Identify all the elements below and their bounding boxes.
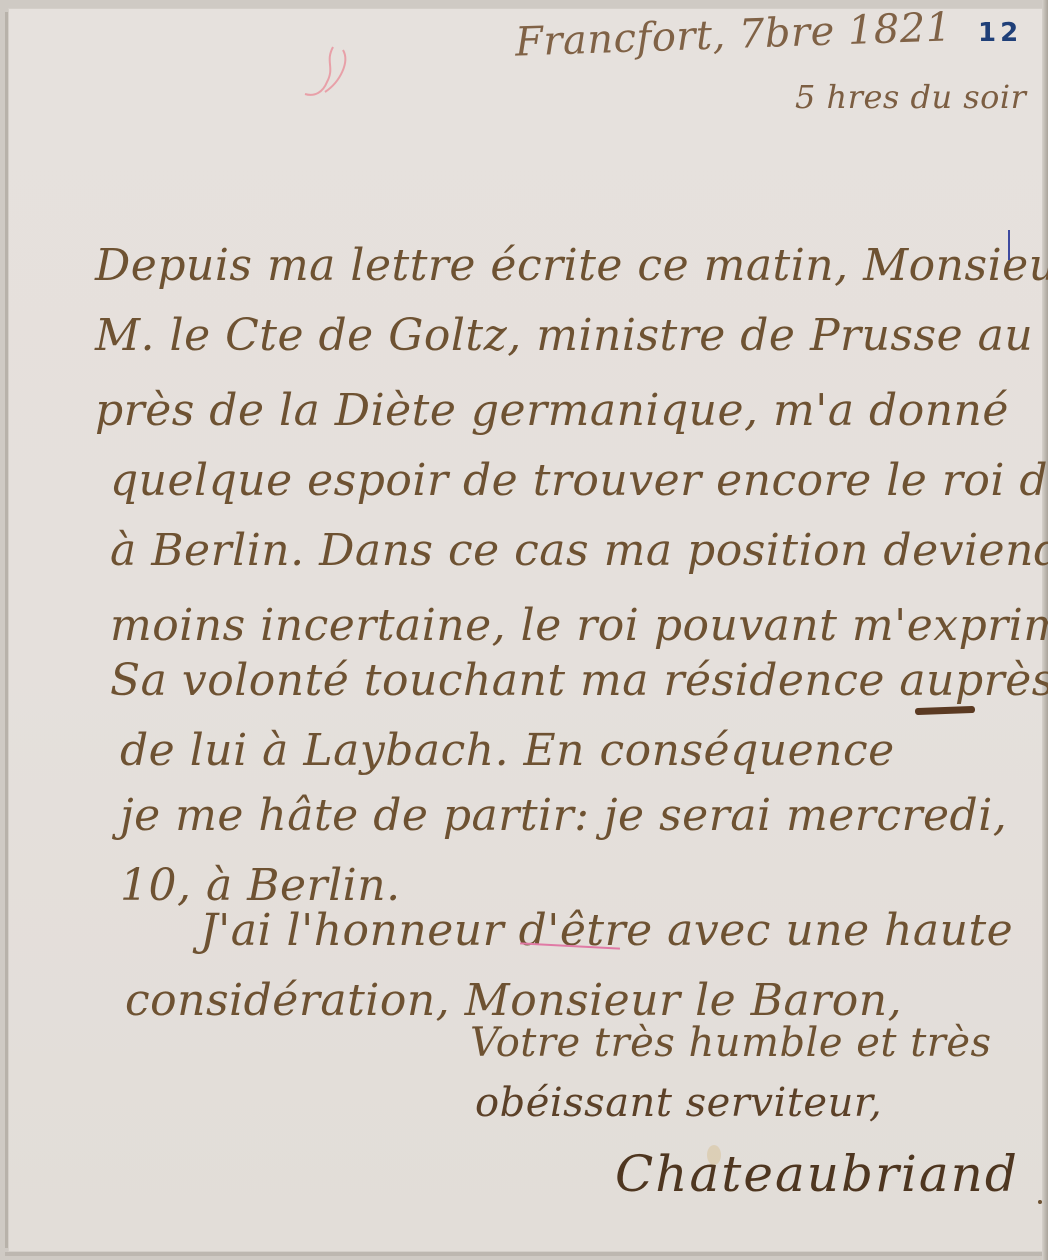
signature: Chateaubriand (615, 1145, 1019, 1203)
body-line-8: de lui à Laybach. En conséquence (120, 725, 895, 776)
body-line-7: Sa volonté touchant ma résidence auprès (110, 655, 1048, 706)
body-line-12: considération, Monsieur le Baron, (125, 975, 902, 1026)
sheet-bottom-edge (5, 1252, 1045, 1256)
body-line-4: quelque espoir de trouver encore le roi … (110, 455, 1048, 506)
folio-number: 12 (978, 18, 1022, 48)
header-time: 5 hres du soir (795, 78, 1026, 116)
body-line-6: moins incertaine, le roi pouvant m'expri… (110, 600, 1048, 651)
body-line-3: près de la Diète germanique, m'a donné (95, 385, 1009, 436)
closing-line-1: Votre très humble et très (470, 1020, 992, 1066)
body-line-10: 10, à Berlin. (120, 860, 401, 911)
body-line-9: je me hâte de partir: je serai mercredi, (120, 790, 1007, 841)
blue-ink-tick (1008, 230, 1010, 260)
red-pencil-mark (295, 42, 365, 102)
sheet-left-edge (5, 12, 8, 1248)
body-line-5: à Berlin. Dans ce cas ma position devien… (110, 525, 1048, 576)
paper-stain (707, 1145, 721, 1165)
closing-line-2: obéissant serviteur, (475, 1080, 882, 1126)
body-line-2: M. le Cte de Goltz, ministre de Prusse a… (95, 310, 1033, 361)
ink-spot (1038, 1200, 1042, 1204)
body-line-1: Depuis ma lettre écrite ce matin, Monsie… (95, 240, 1048, 291)
